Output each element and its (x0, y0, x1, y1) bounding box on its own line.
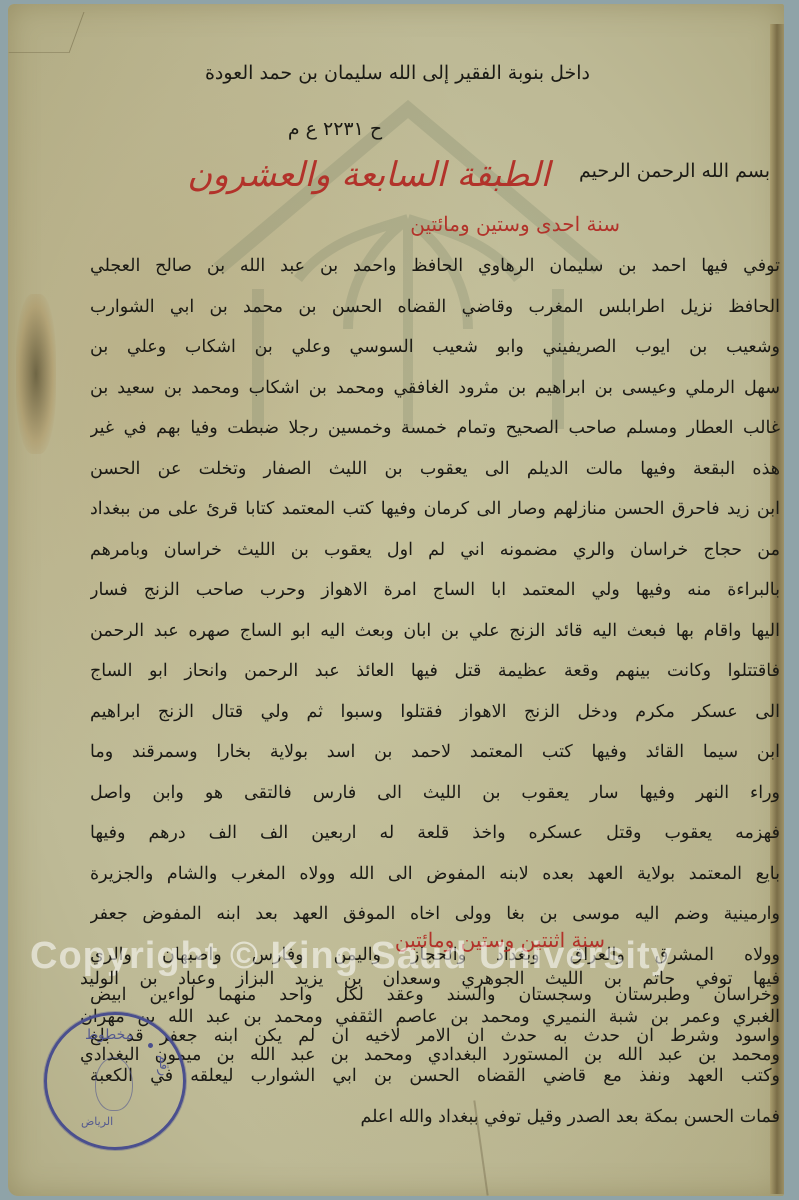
text-line: وشعيب بن ايوب الصريفيني وابو شعيب السوسي… (90, 327, 780, 368)
text-line: فيها توفي حاتم بن الليث الجوهري وسعدان ب… (80, 960, 780, 998)
text-line: الغبري وعمر بن شبة النميري ومحمد بن عاصم… (80, 998, 780, 1036)
catalog-number: ح ٢٢٣١ ع م (250, 118, 420, 140)
stamp-top-text: مخطوط (85, 1027, 133, 1043)
text-line: فاقتتلوا وكانت بينهم وقعة عظيمة قتل فيها… (90, 651, 780, 692)
text-line: اليها واقام بها فبعث اليه قائد الزنج علي… (90, 611, 780, 652)
text-line: فمات الحسن بمكة بعد الصدر وقيل توفي ببغد… (90, 1097, 780, 1138)
text-line: الحافظ نزيل اطرابلس المغرب وقاضي القضاه … (90, 287, 780, 328)
section-2-body: فيها توفي حاتم بن الليث الجوهري وسعدان ب… (80, 960, 780, 1074)
stamp-star-icon (148, 1043, 153, 1048)
text-line: ابن زيد فاحرق الحسن منازلهم وصار الى كرم… (90, 489, 780, 530)
text-line: من حجاج خراسان والري مضمونه اني لم اول ي… (90, 530, 780, 571)
stamp-emblem-icon (95, 1057, 133, 1111)
text-line: بالبراءة منه وفيها ولي المعتمد ابا الساج… (90, 570, 780, 611)
text-line: فهزمه يعقوب وقتل عسكره واخذ قلعة له اربع… (90, 813, 780, 854)
basmala: بسم الله الرحمن الرحيم (560, 160, 770, 182)
stamp-bottom-text: الرياض (81, 1115, 113, 1128)
owner-note: داخل بنوبة الفقير إلى الله سليمان بن حمد… (250, 62, 590, 84)
text-line: سهل الرملي وعيسى بن ابراهيم بن مثرود الغ… (90, 368, 780, 409)
text-line: ومحمد بن عبد الله بن المستورد البغدادي و… (80, 1036, 780, 1074)
text-line: وراء النهر وفيها سار يعقوب بن الليث الى … (90, 773, 780, 814)
stamp-side-text: رقم (156, 1055, 171, 1076)
text-line: توفي فيها احمد بن سليمان الرهاوي الحافظ … (90, 246, 780, 287)
text-line: الى عسكر مكرم ودخل الزنج الاهواز فقتلوا … (90, 692, 780, 733)
text-line: بايع المعتمد بولاية العهد بعده لابنه الم… (90, 854, 780, 895)
library-stamp: مخطوط رقم الرياض (44, 1012, 186, 1150)
text-line: هذه البقعة وفيها مالت الديلم الى يعقوب ب… (90, 449, 780, 490)
folded-corner (9, 12, 85, 53)
page-title: الطبقة السابعة والعشرون (200, 155, 550, 195)
text-line: غالب العطار ومسلم صاحب الصحيح وتمام خمسة… (90, 408, 780, 449)
water-stain (16, 294, 56, 454)
section-heading-year-261: سنة احدى وستين ومائتين (420, 212, 620, 236)
text-line: ابن سيما القائد وفيها كتب المعتمد لاحمد … (90, 732, 780, 773)
